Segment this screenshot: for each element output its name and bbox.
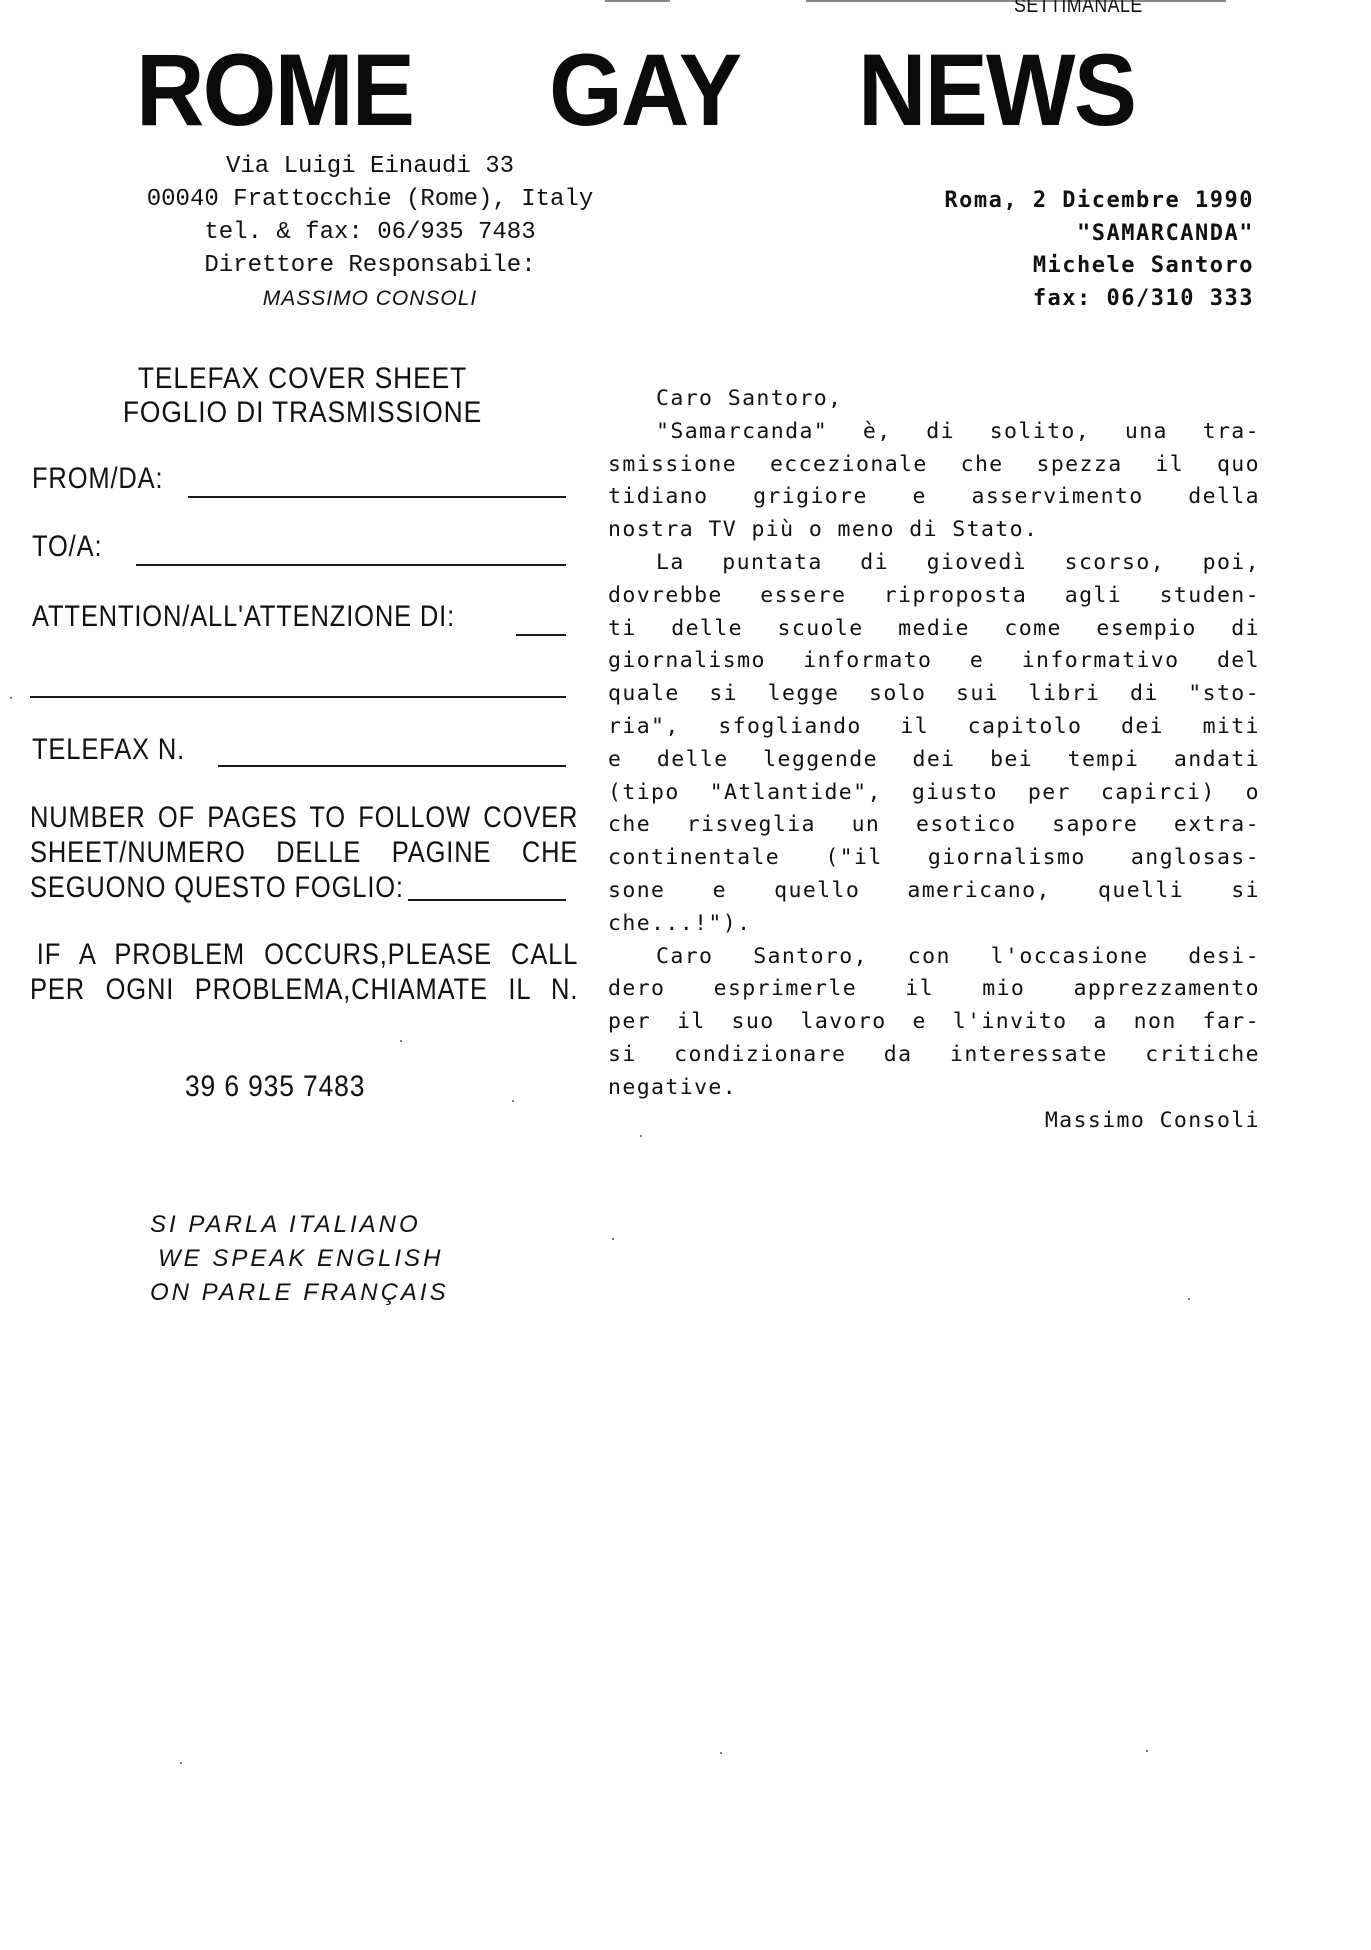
telefax-field: TELEFAX N. [32,733,212,767]
recipient-fax: fax: 06/310 333 [944,283,1254,316]
director-label: Direttore Responsabile: [140,249,600,282]
pages-input-line[interactable] [408,899,566,901]
letter-line: "Samarcanda" è, di solito, una tra- [608,416,1260,449]
recipient-name: Michele Santoro [944,250,1254,283]
address-line: Via Luigi Einaudi 33 [140,150,600,183]
letter-line: e delle leggende dei bei tempi andati [608,744,1260,777]
letter-line: sone e quello americano, quelli si [608,875,1260,908]
publication-frequency: SETTIMANALE [1014,0,1143,18]
letter-line: che...!"). [608,908,1260,941]
letter-line: si condizionare da interessate critiche [608,1039,1260,1072]
letter-line: tidiano grigiore e asservimento della [608,481,1260,514]
languages-spoken: SI PARLA ITALIANO WE SPEAK ENGLISH ON PA… [150,1208,449,1310]
scan-speck [10,697,12,699]
scan-speck [512,1100,514,1102]
from-label: FROM/DA: [32,462,163,496]
letter-line: negative. [608,1072,1260,1105]
attention-label: ATTENTION/ALL'ATTENZIONE DI: [32,600,455,634]
problem-line: PER OGNI PROBLEMA,CHIAMATE IL N. [30,972,578,1007]
sender-address-block: Via Luigi Einaudi 33 00040 Frattocchie (… [140,150,600,315]
letter-line: smissione eccezionale che spezza il quo [608,449,1260,482]
letter-line: dero esprimerle il mio apprezzamento [608,973,1260,1006]
pages-label-line: SHEET/NUMERO DELLE PAGINE CHE [30,835,578,870]
language-line: WE SPEAK ENGLISH [150,1242,449,1276]
letter-line: quale si legge solo sui libri di "sto- [608,678,1260,711]
letter-line: per il suo lavoro e l'invito a non far- [608,1006,1260,1039]
recipient-block: Roma, 2 Dicembre 1990 "SAMARCANDA" Miche… [944,185,1254,315]
address-line: 00040 Frattocchie (Rome), Italy [140,183,600,216]
letter-date: Roma, 2 Dicembre 1990 [944,185,1254,218]
language-line: SI PARLA ITALIANO [150,1208,449,1242]
scan-speck [1188,1298,1190,1300]
letter-signature: Massimo Consoli [608,1105,1260,1138]
pages-label: NUMBER OF PAGES TO FOLLOW COVER SHEET/NU… [30,800,578,905]
letter-body: Caro Santoro, "Samarcanda" è, di solito,… [608,383,1260,1137]
masthead-title: ROME GAY NEWS [136,40,1186,140]
letter-line: La puntata di giovedì scorso, poi, [608,547,1260,580]
letter-line: ria", sfogliando il capitolo dei miti [608,711,1260,744]
letter-salutation: Caro Santoro, [608,383,1260,416]
letter-line: giornalismo informato e informativo del [608,645,1260,678]
to-input-line[interactable] [136,564,566,566]
director-name: MASSIMO CONSOLI [140,282,600,315]
telefax-label: TELEFAX N. [32,733,185,767]
problem-line: IF A PROBLEM OCCURS,PLEASE CALL [30,937,578,972]
pages-label-line: NUMBER OF PAGES TO FOLLOW COVER [30,800,578,835]
letter-line: Caro Santoro, con l'occasione desi- [608,941,1260,974]
language-line: ON PARLE FRANÇAIS [150,1276,449,1310]
masthead-word: GAY [549,40,740,140]
scan-speck [1146,1750,1148,1752]
attention-input-line-continued[interactable] [30,696,566,698]
attention-input-line[interactable] [516,634,566,636]
recipient-program: "SAMARCANDA" [944,218,1254,251]
problem-notice: IF A PROBLEM OCCURS,PLEASE CALL PER OGNI… [30,937,578,1007]
telefax-input-line[interactable] [218,765,566,767]
letter-line: nostra TV più o meno di Stato. [608,514,1260,547]
attention-field: ATTENTION/ALL'ATTENZIONE DI: [32,600,530,634]
scan-speck [400,1040,402,1042]
letter-line: continentale ("il giornalismo anglosas- [608,842,1260,875]
cover-sheet-title-it: FOGLIO DI TRASMISSIONE [63,396,543,430]
letter-line: ti delle scuole medie come esempio di [608,613,1260,646]
scan-speck [720,1752,722,1754]
from-field: FROM/DA: [32,462,187,496]
to-field: TO/A: [32,530,115,564]
scan-speck [180,1762,182,1764]
scan-artifact-line [605,0,670,2]
letter-line: (tipo "Atlantide", giusto per capirci) o [608,777,1260,810]
masthead-word: ROME [136,40,413,140]
letter-line: dovrebbe essere riproposta agli studen- [608,580,1260,613]
scan-speck [612,1238,614,1240]
masthead-word: NEWS [858,40,1135,140]
scan-speck [640,1135,642,1137]
letter-line: che risveglia un esotico sapore extra- [608,809,1260,842]
from-input-line[interactable] [188,496,566,498]
to-label: TO/A: [32,530,102,564]
cover-sheet-title-en: TELEFAX COVER SHEET [63,362,543,396]
problem-phone-number: 39 6 935 7483 [185,1070,365,1104]
sender-phone: tel. & fax: 06/935 7483 [140,216,600,249]
cover-sheet-title: TELEFAX COVER SHEET FOGLIO DI TRASMISSIO… [63,362,543,430]
